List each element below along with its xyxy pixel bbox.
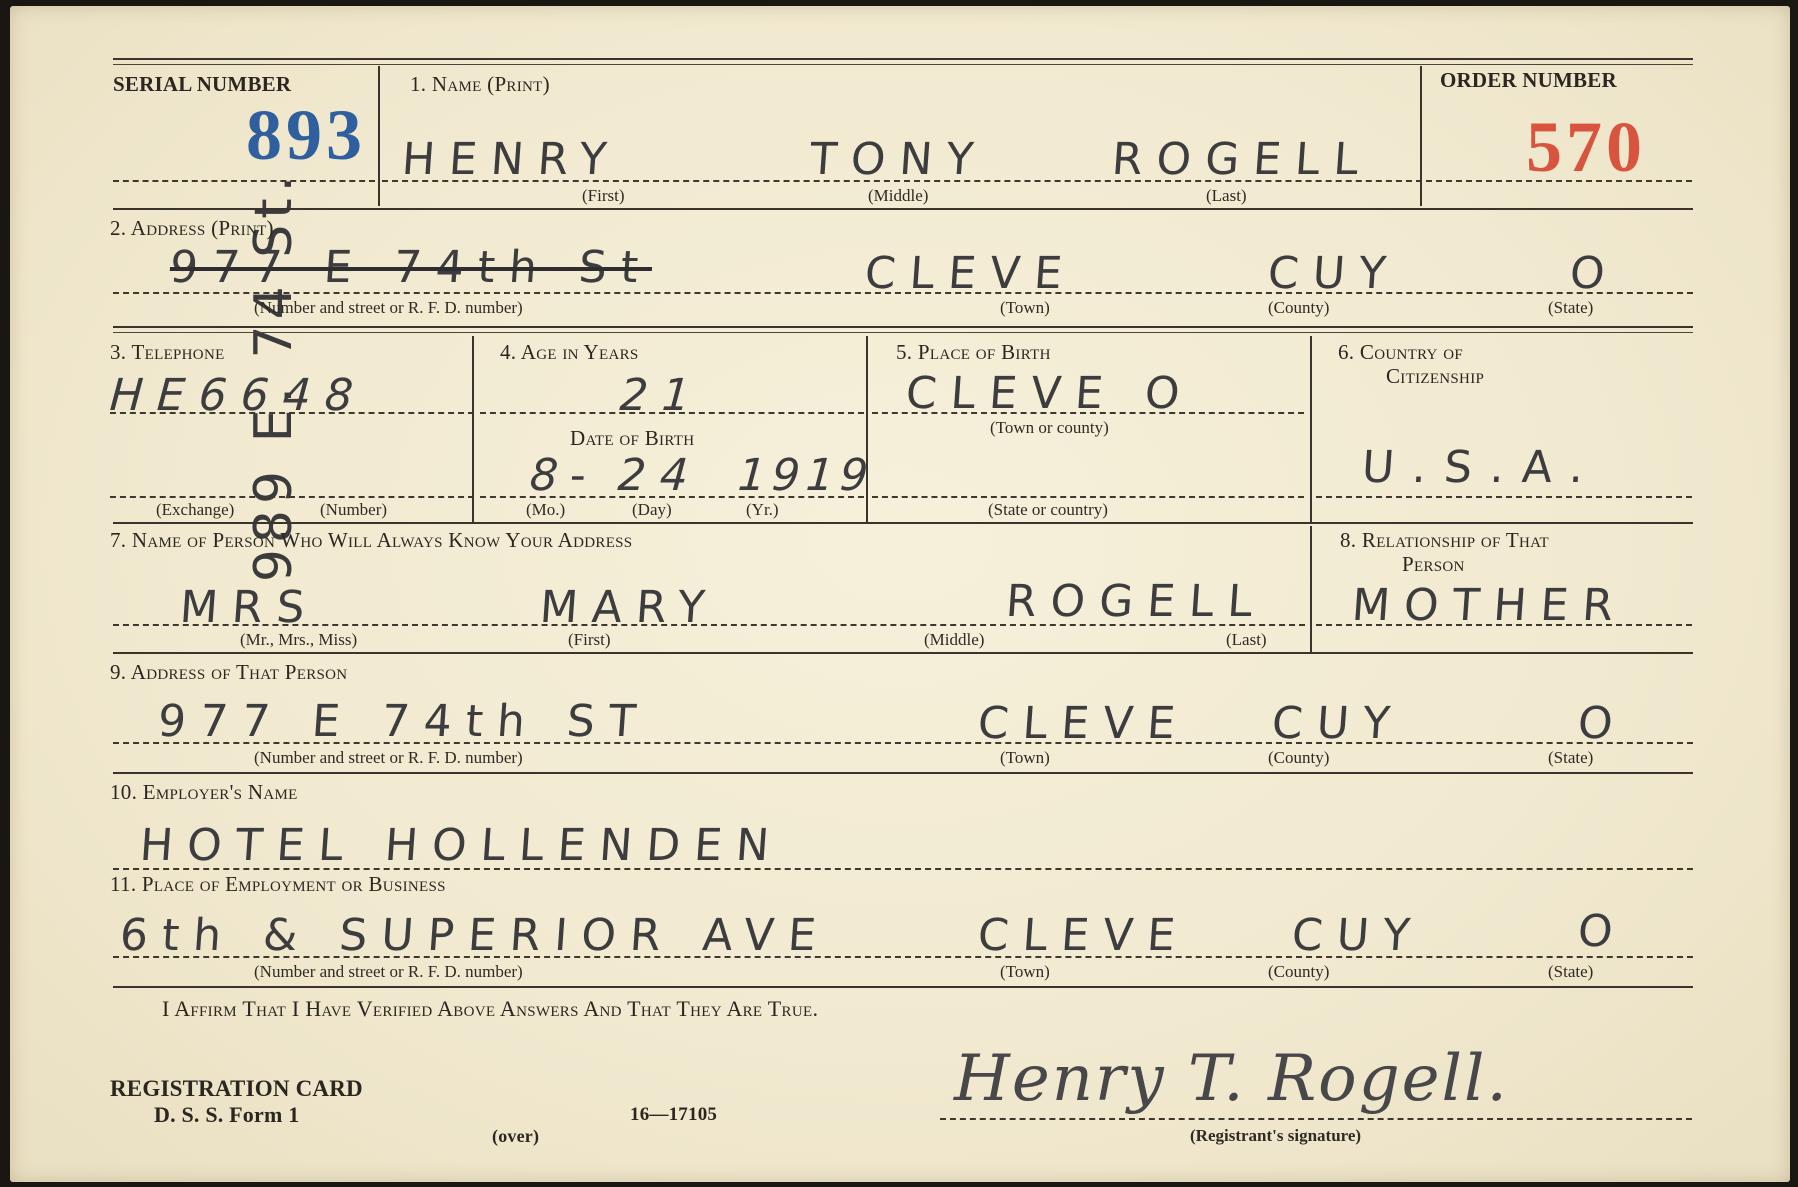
row1-bottom-rule — [113, 208, 1693, 210]
citizenship-underline — [1316, 496, 1692, 498]
dob-month-value: 8 — [528, 450, 574, 501]
telephone-age-divider — [472, 336, 474, 522]
address-street-caption: (Number and street or R. F. D. number) — [254, 298, 523, 318]
signature-line — [940, 1118, 1692, 1120]
contact-address-town-caption: (Town) — [1000, 748, 1050, 768]
employment-place-town-value: CLEVE — [976, 910, 1191, 961]
name-last-value: ROGELL — [1110, 134, 1374, 185]
relationship-label-line2: Person — [1402, 552, 1465, 577]
relationship-underline — [1316, 624, 1692, 626]
contact-address-underline — [113, 742, 1693, 744]
name-middle-caption: (Middle) — [868, 186, 928, 206]
employment-place-label: 11. Place of Employment or Business — [110, 872, 446, 897]
contact-address-county-caption: (County) — [1268, 748, 1329, 768]
row4-bottom-rule — [113, 652, 1693, 654]
registrant-signature: Henry T. Rogell. — [954, 1042, 1509, 1116]
contact-address-state-caption: (State) — [1548, 748, 1593, 768]
row3-bottom-rule — [113, 522, 1693, 524]
registration-card: 989 E. 74 St. SERIAL NUMBER 893 1. Name … — [10, 6, 1790, 1182]
telephone-label: 3. Telephone — [110, 340, 225, 365]
order-divider — [1420, 66, 1422, 206]
birthplace-underline — [872, 412, 1304, 414]
birthplace-label: 5. Place of Birth — [896, 340, 1051, 365]
order-underline — [1426, 180, 1692, 182]
contact-last-value: ROGELL — [1004, 576, 1268, 627]
dob-year-value: 1919 — [736, 450, 876, 501]
name-last-caption: (Last) — [1206, 186, 1247, 206]
dob-label: Date of Birth — [570, 426, 694, 451]
employer-label: 10. Employer's Name — [110, 780, 298, 805]
birthplace-state-caption: (State or country) — [988, 500, 1108, 520]
citizenship-value: U.S.A. — [1360, 442, 1603, 493]
contact-first-caption: (First) — [568, 630, 611, 650]
contact-title-caption: (Mr., Mrs., Miss) — [240, 630, 357, 650]
affirmation-text: I Affirm That I Have Verified Above Answ… — [162, 996, 818, 1022]
contact-relationship-divider — [1310, 526, 1312, 652]
citizenship-label-line1: 6. Country of — [1338, 340, 1463, 365]
name-label: 1. Name (Print) — [410, 72, 550, 97]
address-town-caption: (Town) — [1000, 298, 1050, 318]
employment-place-street-value: 6th & SUPERIOR AVE — [118, 910, 831, 961]
name-first-caption: (First) — [582, 186, 625, 206]
name-first-value: HENRY — [400, 134, 622, 185]
signature-caption: (Registrant's signature) — [1190, 1126, 1361, 1146]
address-underline — [113, 292, 1693, 294]
telephone-underline-2 — [110, 496, 474, 498]
registration-card-title: REGISTRATION CARD — [110, 1076, 363, 1102]
print-code: 16—17105 — [630, 1104, 717, 1126]
dob-day-value: 24 — [616, 450, 704, 501]
top-rule — [113, 58, 1693, 60]
order-number-label: ORDER NUMBER — [1440, 68, 1617, 93]
employment-place-state-value: O — [1576, 906, 1628, 957]
telephone-exchange-caption: (Exchange) — [156, 500, 234, 520]
contact-address-street-value: 977 E 74th ST — [156, 696, 651, 747]
serial-underline — [113, 180, 375, 182]
age-label: 4. Age in Years — [500, 340, 639, 365]
relationship-label-line1: 8. Relationship of That — [1340, 528, 1549, 553]
contact-middle-caption: (Middle) — [924, 630, 984, 650]
dob-day-caption: (Day) — [632, 500, 672, 520]
contact-address-street-caption: (Number and street or R. F. D. number) — [254, 748, 523, 768]
dob-underline — [480, 496, 864, 498]
employment-place-town-caption: (Town) — [1000, 962, 1050, 982]
row5-bottom-rule — [113, 772, 1693, 774]
age-birthplace-divider — [866, 336, 868, 522]
address-state-caption: (State) — [1548, 298, 1593, 318]
birthplace-town-caption: (Town or county) — [990, 418, 1109, 438]
dob-year-caption: (Yr.) — [746, 500, 779, 520]
name-middle-value: TONY — [808, 134, 989, 185]
dob-separator: - — [568, 450, 601, 501]
employment-place-county-caption: (County) — [1268, 962, 1329, 982]
employer-value: HOTEL HOLLENDEN — [138, 820, 785, 871]
address-label: 2. Address (Print) — [110, 216, 274, 241]
name-underline — [382, 180, 1422, 182]
serial-divider — [378, 66, 380, 206]
form-id: D. S. S. Form 1 — [154, 1102, 299, 1128]
address-county-caption: (County) — [1268, 298, 1329, 318]
employment-place-underline — [113, 956, 1693, 958]
age-underline — [480, 412, 864, 414]
telephone-number-caption: (Number) — [320, 500, 387, 520]
row2-bottom-rule — [113, 326, 1693, 328]
birthplace-underline-2 — [872, 496, 1304, 498]
employment-place-state-caption: (State) — [1548, 962, 1593, 982]
top-rule-inner — [113, 64, 1693, 65]
contact-last-caption: (Last) — [1226, 630, 1267, 650]
birthplace-citizenship-divider — [1310, 336, 1312, 522]
contact-address-label: 9. Address of That Person — [110, 660, 347, 685]
contact-label: 7. Name of Person Who Will Always Know Y… — [110, 528, 632, 553]
over-label: (over) — [492, 1126, 539, 1147]
serial-number-value: 893 — [246, 94, 366, 177]
citizenship-label-line2: Citizenship — [1386, 364, 1484, 389]
telephone-underline — [110, 412, 474, 414]
contact-underline — [113, 624, 1305, 626]
order-number-value: 570 — [1526, 106, 1646, 189]
row7-bottom-rule — [113, 986, 1693, 988]
employment-place-county-value: CUY — [1290, 910, 1425, 961]
address-street-value: 977 E 74th St — [168, 242, 654, 293]
dob-month-caption: (Mo.) — [526, 500, 565, 520]
row2-bottom-rule-inner — [113, 332, 1693, 333]
employment-place-street-caption: (Number and street or R. F. D. number) — [254, 962, 523, 982]
employer-underline — [113, 868, 1693, 870]
